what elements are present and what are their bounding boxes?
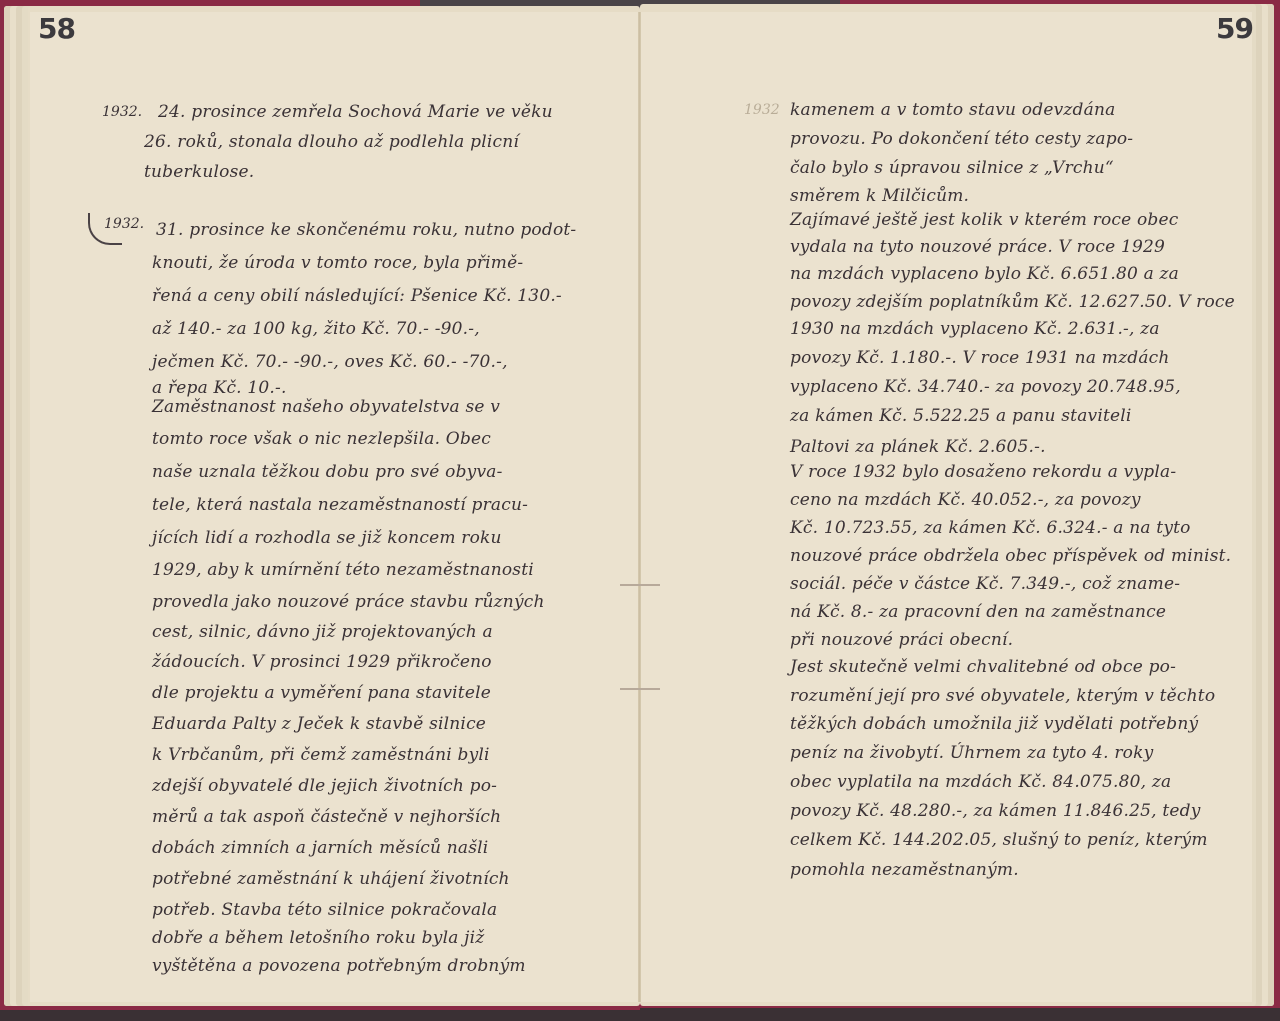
text-line: V roce 1932 bylo dosaženo rekordu a vypl… — [790, 462, 1176, 482]
text-line: provedla jako nouzové práce stavbu různý… — [152, 592, 545, 612]
text-line: sociál. péče v částce Kč. 7.349.-, což z… — [790, 574, 1180, 594]
book-gutter — [638, 12, 641, 1002]
text-line: povozy Kč. 1.180.-. V roce 1931 na mzdác… — [790, 348, 1170, 368]
text-line: Zaměstnanost našeho obyvatelstva se v — [152, 397, 500, 417]
text-line: Jest skutečně velmi chvalitebné od obce … — [790, 657, 1176, 677]
text-line: 1930 na mzdách vyplaceno Kč. 2.631.-, za — [790, 319, 1160, 339]
text-line: povozy zdejším poplatníkům Kč. 12.627.50… — [790, 292, 1235, 312]
page-number-right: 59 — [1216, 12, 1253, 45]
text-line: 24. prosince zemřela Sochová Marie ve vě… — [158, 102, 553, 122]
text-line: cest, silnic, dávno již projektovaných a — [152, 622, 493, 642]
text-line: Zajímavé ještě jest kolik v kterém roce … — [790, 210, 1179, 230]
text-line: Eduarda Palty z Ječek k stavbě silnice — [152, 714, 486, 734]
text-line: 26. roků, stonala dlouho až podlehla pli… — [144, 132, 519, 152]
text-line: při nouzové práci obecní. — [790, 630, 1013, 650]
text-line: peníz na živobytí. Úhrnem za tyto 4. rok… — [790, 743, 1153, 763]
text-line: vydala na tyto nouzové práce. V roce 192… — [790, 237, 1165, 257]
entry-year: 1932. — [104, 216, 144, 232]
text-line: celkem Kč. 144.202.05, slušný to peníz, … — [790, 830, 1208, 850]
text-line: jících lidí a rozhodla se již koncem rok… — [152, 528, 502, 548]
text-line: těžkých dobách umožnila již vydělati pot… — [790, 714, 1198, 734]
text-line: a řepa Kč. 10.-. — [152, 378, 287, 398]
entry-year: 1932. — [102, 104, 142, 120]
text-line: za kámen Kč. 5.522.25 a panu staviteli — [790, 406, 1132, 426]
text-line: dobře a během letošního roku byla již — [152, 928, 484, 948]
text-line: Kč. 10.723.55, za kámen Kč. 6.324.- a na… — [790, 518, 1191, 538]
text-line: dobách zimních a jarních měsíců našli — [152, 838, 488, 858]
margin-year: 1932 — [744, 102, 780, 118]
binding-stitch — [620, 584, 660, 586]
text-line: ná Kč. 8.- za pracovní den na zaměstnanc… — [790, 602, 1166, 622]
binding-stitch — [620, 688, 660, 690]
text-line: vyštětěna a povozena potřebným drobným — [152, 956, 526, 976]
page-number-left: 58 — [38, 12, 75, 45]
text-line: na mzdách vyplaceno bylo Kč. 6.651.80 a … — [790, 264, 1179, 284]
text-line: čalo bylo s úpravou silnice z „Vrchu“ — [790, 158, 1114, 178]
text-line: kamenem a v tomto stavu odevzdána — [790, 100, 1115, 120]
text-line: Paltovi za plánek Kč. 2.605.-. — [790, 437, 1046, 457]
text-line: tomto roce však o nic nezlepšila. Obec — [152, 429, 491, 449]
text-line: tuberkulose. — [144, 162, 254, 182]
text-line: až 140.- za 100 kg, žito Kč. 70.- -90.-, — [152, 319, 480, 339]
text-line: 31. prosince ke skončenému roku, nutno p… — [156, 220, 576, 240]
text-line: naše uznala těžkou dobu pro své obyva- — [152, 462, 503, 482]
text-line: povozy Kč. 48.280.-, za kámen 11.846.25,… — [790, 801, 1201, 821]
text-line: obec vyplatila na mzdách Kč. 84.075.80, … — [790, 772, 1171, 792]
text-line: k Vrbčanům, při čemž zaměstnáni byli — [152, 745, 490, 765]
text-line: dle projektu a vyměření pana stavitele — [152, 683, 491, 703]
text-line: 1929, aby k umírnění této nezaměstnanost… — [152, 560, 534, 580]
text-line: žádoucích. V prosinci 1929 přikročeno — [152, 652, 492, 672]
text-line: ceno na mzdách Kč. 40.052.-, za povozy — [790, 490, 1141, 510]
text-line: tele, která nastala nezaměstnaností prac… — [152, 495, 528, 515]
text-line: měrů a tak aspoň částečně v nejhorších — [152, 807, 501, 827]
text-line: pomohla nezaměstnaným. — [790, 860, 1019, 880]
text-line: potřebné zaměstnání k uhájení životních — [152, 869, 510, 889]
text-line: nouzové práce obdržela obec příspěvek od… — [790, 546, 1231, 566]
text-line: řená a ceny obilí následující: Pšenice K… — [152, 286, 562, 306]
text-line: zdejší obyvatelé dle jejich životních po… — [152, 776, 497, 796]
text-line: potřeb. Stavba této silnice pokračovala — [152, 900, 497, 920]
text-line: vyplaceno Kč. 34.740.- za povozy 20.748.… — [790, 377, 1181, 397]
text-line: rozumění její pro své obyvatele, kterým … — [790, 686, 1215, 706]
text-line: provozu. Po dokončení této cesty zapo- — [790, 129, 1133, 149]
text-line: směrem k Milčicům. — [790, 186, 969, 206]
text-line: ječmen Kč. 70.- -90.-, oves Kč. 60.- -70… — [152, 352, 508, 372]
text-line: knouti, že úroda v tomto roce, byla přim… — [152, 253, 523, 273]
